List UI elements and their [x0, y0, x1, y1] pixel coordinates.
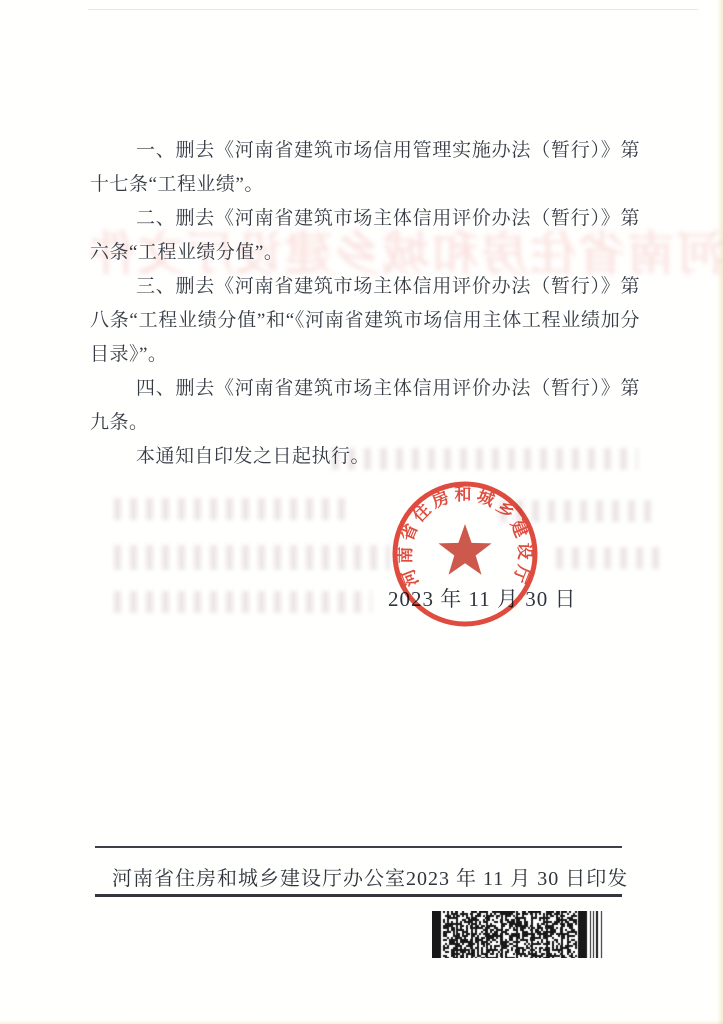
seal-text: 河南省住房和城乡建设厅 — [395, 485, 535, 589]
bleed-through-artifact — [114, 498, 352, 520]
bleed-through-artifact — [114, 545, 390, 570]
scan-artifact-right-edge — [717, 0, 723, 1024]
bleed-through-artifact — [556, 547, 662, 569]
body-paragraph: 四、删去《河南省建筑市场主体信用评价办法（暂行）》第九条。 — [90, 372, 640, 440]
footer-row: 河南省住房和城乡建设厅办公室 2023 年 11 月 30 日印发 — [112, 860, 614, 892]
star-icon — [438, 524, 491, 575]
footer-print-date: 2023 年 11 月 30 日印发 — [406, 862, 628, 891]
footer-issuer: 河南省住房和城乡建设厅办公室 — [112, 862, 406, 891]
barcode-canvas — [432, 911, 604, 958]
body-paragraph: 二、删去《河南省建筑市场主体信用评价办法（暂行）》第六条“工程业绩分值”。 — [90, 202, 640, 270]
body-paragraph: 本通知自印发之日起执行。 — [90, 440, 640, 474]
bleed-through-artifact — [114, 591, 372, 613]
barcode-icon — [432, 911, 604, 958]
scan-artifact-topline — [88, 9, 698, 10]
issue-date: 2023 年 11 月 30 日 — [388, 583, 576, 613]
seal-text-curved: 河南省住房和城乡建设厅 — [395, 485, 535, 589]
footer-rule-top — [95, 846, 622, 848]
body-paragraph: 一、删去《河南省建筑市场信用管理实施办法（暂行）》第十七条“工程业绩”。 — [90, 134, 640, 202]
scan-artifact-bottom-edge — [0, 1020, 723, 1024]
footer-rule-bottom — [95, 894, 622, 897]
body-paragraph: 三、删去《河南省建筑市场主体信用评价办法（暂行）》第八条“工程业绩分值”和“《河… — [90, 270, 640, 372]
notice-body: 一、删去《河南省建筑市场信用管理实施办法（暂行）》第十七条“工程业绩”。 二、删… — [90, 134, 640, 474]
bleed-through-artifact — [500, 500, 658, 522]
document-page: 河南省住房和城乡建设厅文件 一、删去《河南省建筑市场信用管理实施办法（暂行）》第… — [0, 0, 723, 1024]
